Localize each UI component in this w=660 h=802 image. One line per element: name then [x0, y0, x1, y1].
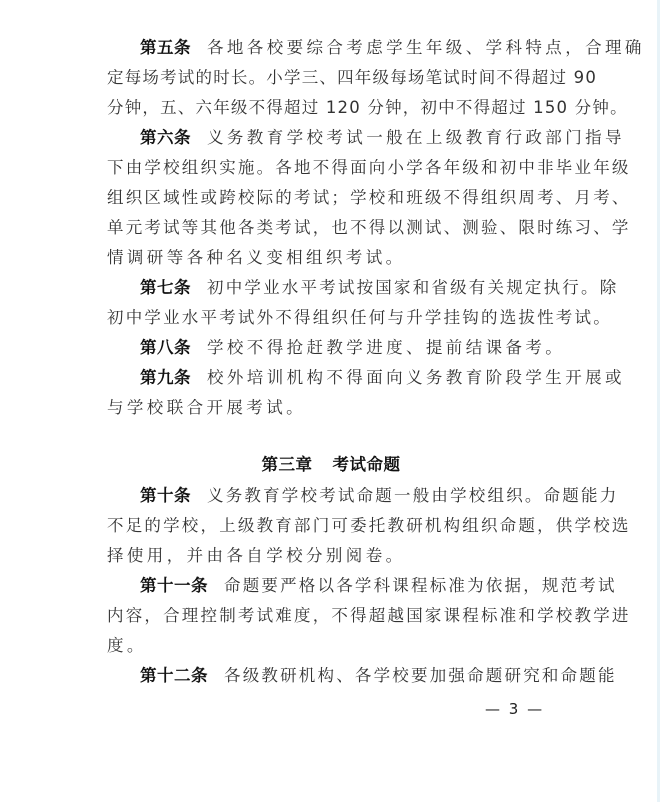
article-12-line-1: 第十二条各级教研机构、各学校要加强命题研究和命题能 [107, 661, 555, 691]
article-5-line-2: 定每场考试的时长。小学三、四年级每场笔试时间不得超过 90 [107, 63, 555, 93]
document-page: 第五条各地各校要综合考虑学生年级、学科特点，合理确 定每场考试的时长。小学三、四… [107, 33, 555, 691]
chapter-heading: 第三章考试命题 [107, 449, 555, 481]
article-11-label: 第十一条 [140, 576, 208, 595]
article-10-line-1: 第十条义务教育学校考试命题一般由学校组织。命题能力 [107, 481, 555, 511]
article-11-line-2: 内容，合理控制考试难度，不得超越国家课程标准和学校教学进 [107, 601, 555, 631]
article-6-label: 第六条 [140, 128, 191, 147]
article-5-line-3: 分钟，五、六年级不得超过 120 分钟，初中不得超过 150 分钟。 [107, 93, 555, 123]
article-10-line-3: 择使用，并由各自学校分别阅卷。 [107, 541, 555, 571]
article-5-line-1: 第五条各地各校要综合考虑学生年级、学科特点，合理确 [107, 33, 555, 63]
article-9-line-2: 与学校联合开展考试。 [107, 393, 555, 423]
article-7-line-2: 初中学业水平考试外不得组织任何与升学挂钩的选拔性考试。 [107, 303, 555, 333]
article-6-line-5: 情调研等各种名义变相组织考试。 [107, 243, 555, 273]
chapter-title: 考试命题 [333, 455, 401, 474]
article-10-line-2: 不足的学校，上级教育部门可委托教研机构组织命题，供学校选 [107, 511, 555, 541]
article-5-label: 第五条 [140, 38, 191, 57]
article-6-line-1: 第六条义务教育学校考试一般在上级教育行政部门指导 [107, 123, 555, 153]
article-9-label: 第九条 [140, 368, 191, 387]
article-11-line-3: 度。 [107, 631, 555, 661]
article-6-line-4: 单元考试等其他各类考试，也不得以测试、测验、限时练习、学 [107, 213, 555, 243]
article-7-line-1: 第七条初中学业水平考试按国家和省级有关规定执行。除 [107, 273, 555, 303]
article-8-label: 第八条 [140, 338, 191, 357]
article-10-label: 第十条 [140, 486, 191, 505]
article-6-line-3: 组织区域性或跨校际的考试；学校和班级不得组织周考、月考、 [107, 183, 555, 213]
article-9-line-1: 第九条校外培训机构不得面向义务教育阶段学生开展或 [107, 363, 555, 393]
article-6-line-2: 下由学校组织实施。各地不得面向小学各年级和初中非毕业年级 [107, 153, 555, 183]
article-7-label: 第七条 [140, 278, 191, 297]
chapter-number: 第三章 [262, 455, 313, 474]
article-11-line-1: 第十一条命题要严格以各学科课程标准为依据，规范考试 [107, 571, 555, 601]
page-number: — 3 — [485, 700, 544, 718]
spacer [107, 423, 555, 449]
article-12-label: 第十二条 [140, 666, 208, 685]
article-8-line-1: 第八条学校不得抢赶教学进度、提前结课备考。 [107, 333, 555, 363]
